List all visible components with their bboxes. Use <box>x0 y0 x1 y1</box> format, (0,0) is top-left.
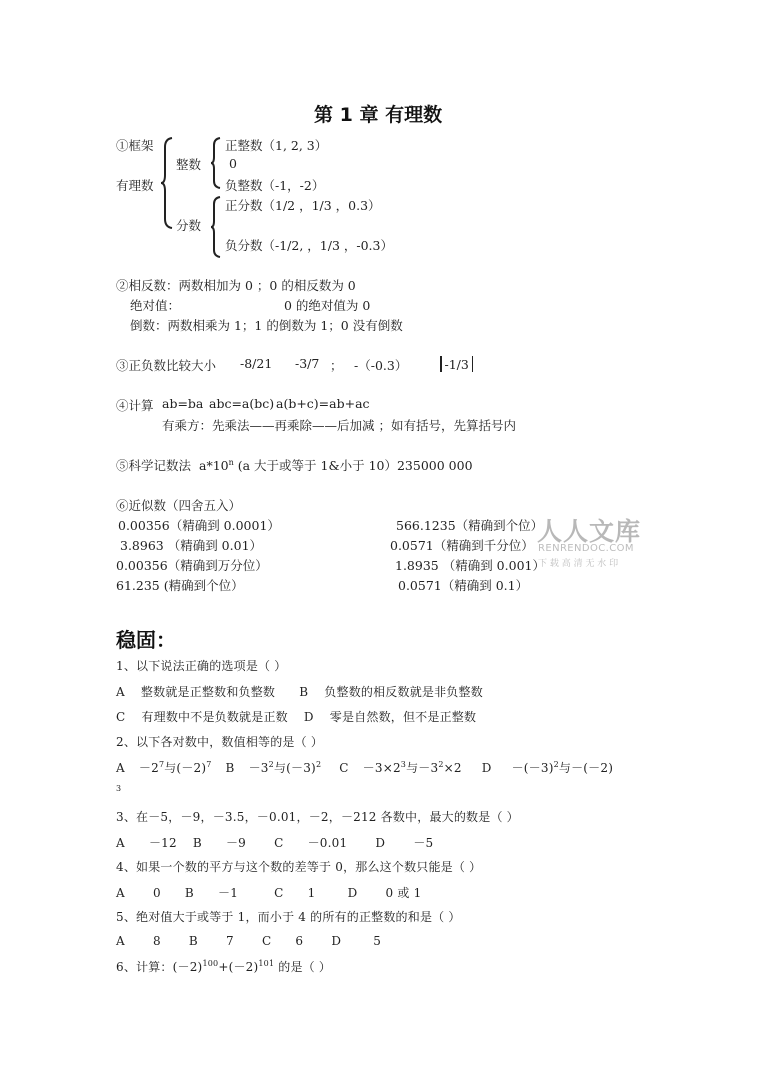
framework-root: 有理数 <box>116 176 154 194</box>
question-1-stem: 1、以下说法正确的选项是（ ） <box>116 657 286 674</box>
scientific-notation-line: ⑤科学记数法 a*10n (a 大于或等于 1&小于 10）235000 000 <box>116 456 473 474</box>
question-1-options: C 有理数中不是负数就是正数 D 零是自然数，但不是正整数 <box>116 708 476 725</box>
question-4-stem: 4、如果一个数的平方与这个数的差等于 0，那么这个数只能是（ ） <box>116 858 481 875</box>
formula: abc=a(bc) <box>209 396 274 411</box>
integer-item: 0 <box>229 156 237 171</box>
absolute-value-label: 绝对值： <box>130 296 180 314</box>
operation-order: 有乘方：先乘法——再乘除——后加减 ；如有括号，先算括号内 <box>162 416 516 434</box>
integers-label: 整数 <box>176 155 201 173</box>
question-2-options: A －27与(－2)7 B －32与(－3)2 C －3×23与－32×2 D … <box>116 759 613 776</box>
approx-right-item: 566.1235（精确到个位） <box>396 516 543 534</box>
compare-value: -8/21 <box>240 356 272 371</box>
compare-value: -3/7 <box>295 356 319 371</box>
question-5-options: A 8 B 7 C 6 D 5 <box>116 934 381 948</box>
framework-label: ①框架 <box>116 136 154 154</box>
brace-icon <box>210 137 222 189</box>
fractions-label: 分数 <box>176 216 201 234</box>
compare-value: -（-0.3） <box>354 356 407 374</box>
formula: ab=ba <box>162 396 203 411</box>
consolidate-heading: 稳固： <box>116 624 176 653</box>
question-2-wrap: 3 <box>116 784 121 793</box>
question-3-stem: 3、在－5，－9，－3.5，－0.01，－2，－212 各数中，最大的数是（ ） <box>116 808 519 825</box>
approx-right-item: 1.8935 （精确到 0.001） <box>395 556 545 574</box>
question-3-options: A －12 B －9 C －0.01 D －5 <box>116 834 433 851</box>
approx-right-item: 0.0571（精确到 0.1） <box>398 576 528 594</box>
question-6-stem: 6、计算：(－2)100+(－2)101 的是（ ） <box>116 958 331 975</box>
approx-left-item: 61.235 (精确到个位） <box>116 576 244 594</box>
compare-label: ③正负数比较大小 <box>116 356 216 374</box>
absolute-value-text: 0 的绝对值为 0 <box>284 296 370 314</box>
approx-left-item: 0.00356（精确到 0.0001） <box>118 516 280 534</box>
chapter-title: 第 1 章 有理数 <box>314 100 442 127</box>
watermark-tagline: 下 载 高 清 无 水 印 <box>538 556 618 569</box>
question-1-options: A 整数就是正整数和负整数 B 负整数的相反数就是非负整数 <box>116 683 483 700</box>
compare-abs-value: -1/3 <box>437 356 476 372</box>
brace-icon <box>210 196 222 258</box>
reciprocal-line: 倒数：两数相乘为 1；1 的倒数为 1；0 没有倒数 <box>130 316 403 334</box>
integer-item: 正整数（1, 2, 3） <box>225 136 327 154</box>
compare-separator: ； <box>330 356 343 374</box>
approx-right-item: 0.0571（精确到千分位） <box>390 536 534 554</box>
question-4-options: A 0 B －1 C 1 D 0 或 1 <box>116 884 421 901</box>
integer-item: 负整数（-1，-2） <box>225 176 324 194</box>
approximation-label: ⑥近似数（四舍五入） <box>116 496 241 514</box>
watermark-domain: RENRENDOC.COM <box>538 543 634 554</box>
question-2-stem: 2、以下各对数中，数值相等的是（ ） <box>116 733 323 750</box>
formula: a(b+c)=ab+ac <box>276 396 370 411</box>
approx-left-item: 3.8963 （精确到 0.01） <box>120 536 262 554</box>
opposite-number-line: ②相反数：两数相加为 0 ；0 的相反数为 0 <box>116 276 356 294</box>
fraction-item: 正分数（1/2 ，1/3 ，0.3） <box>225 196 381 214</box>
question-5-stem: 5、绝对值大于或等于 1，而小于 4 的所有的正整数的和是（ ） <box>116 908 461 925</box>
approx-left-item: 0.00356（精确到万分位） <box>116 556 268 574</box>
brace-icon <box>160 137 174 229</box>
calc-label: ④计算 <box>116 396 154 414</box>
fraction-item: 负分数（-1/2, ，1/3 ，-0.3） <box>225 236 393 254</box>
